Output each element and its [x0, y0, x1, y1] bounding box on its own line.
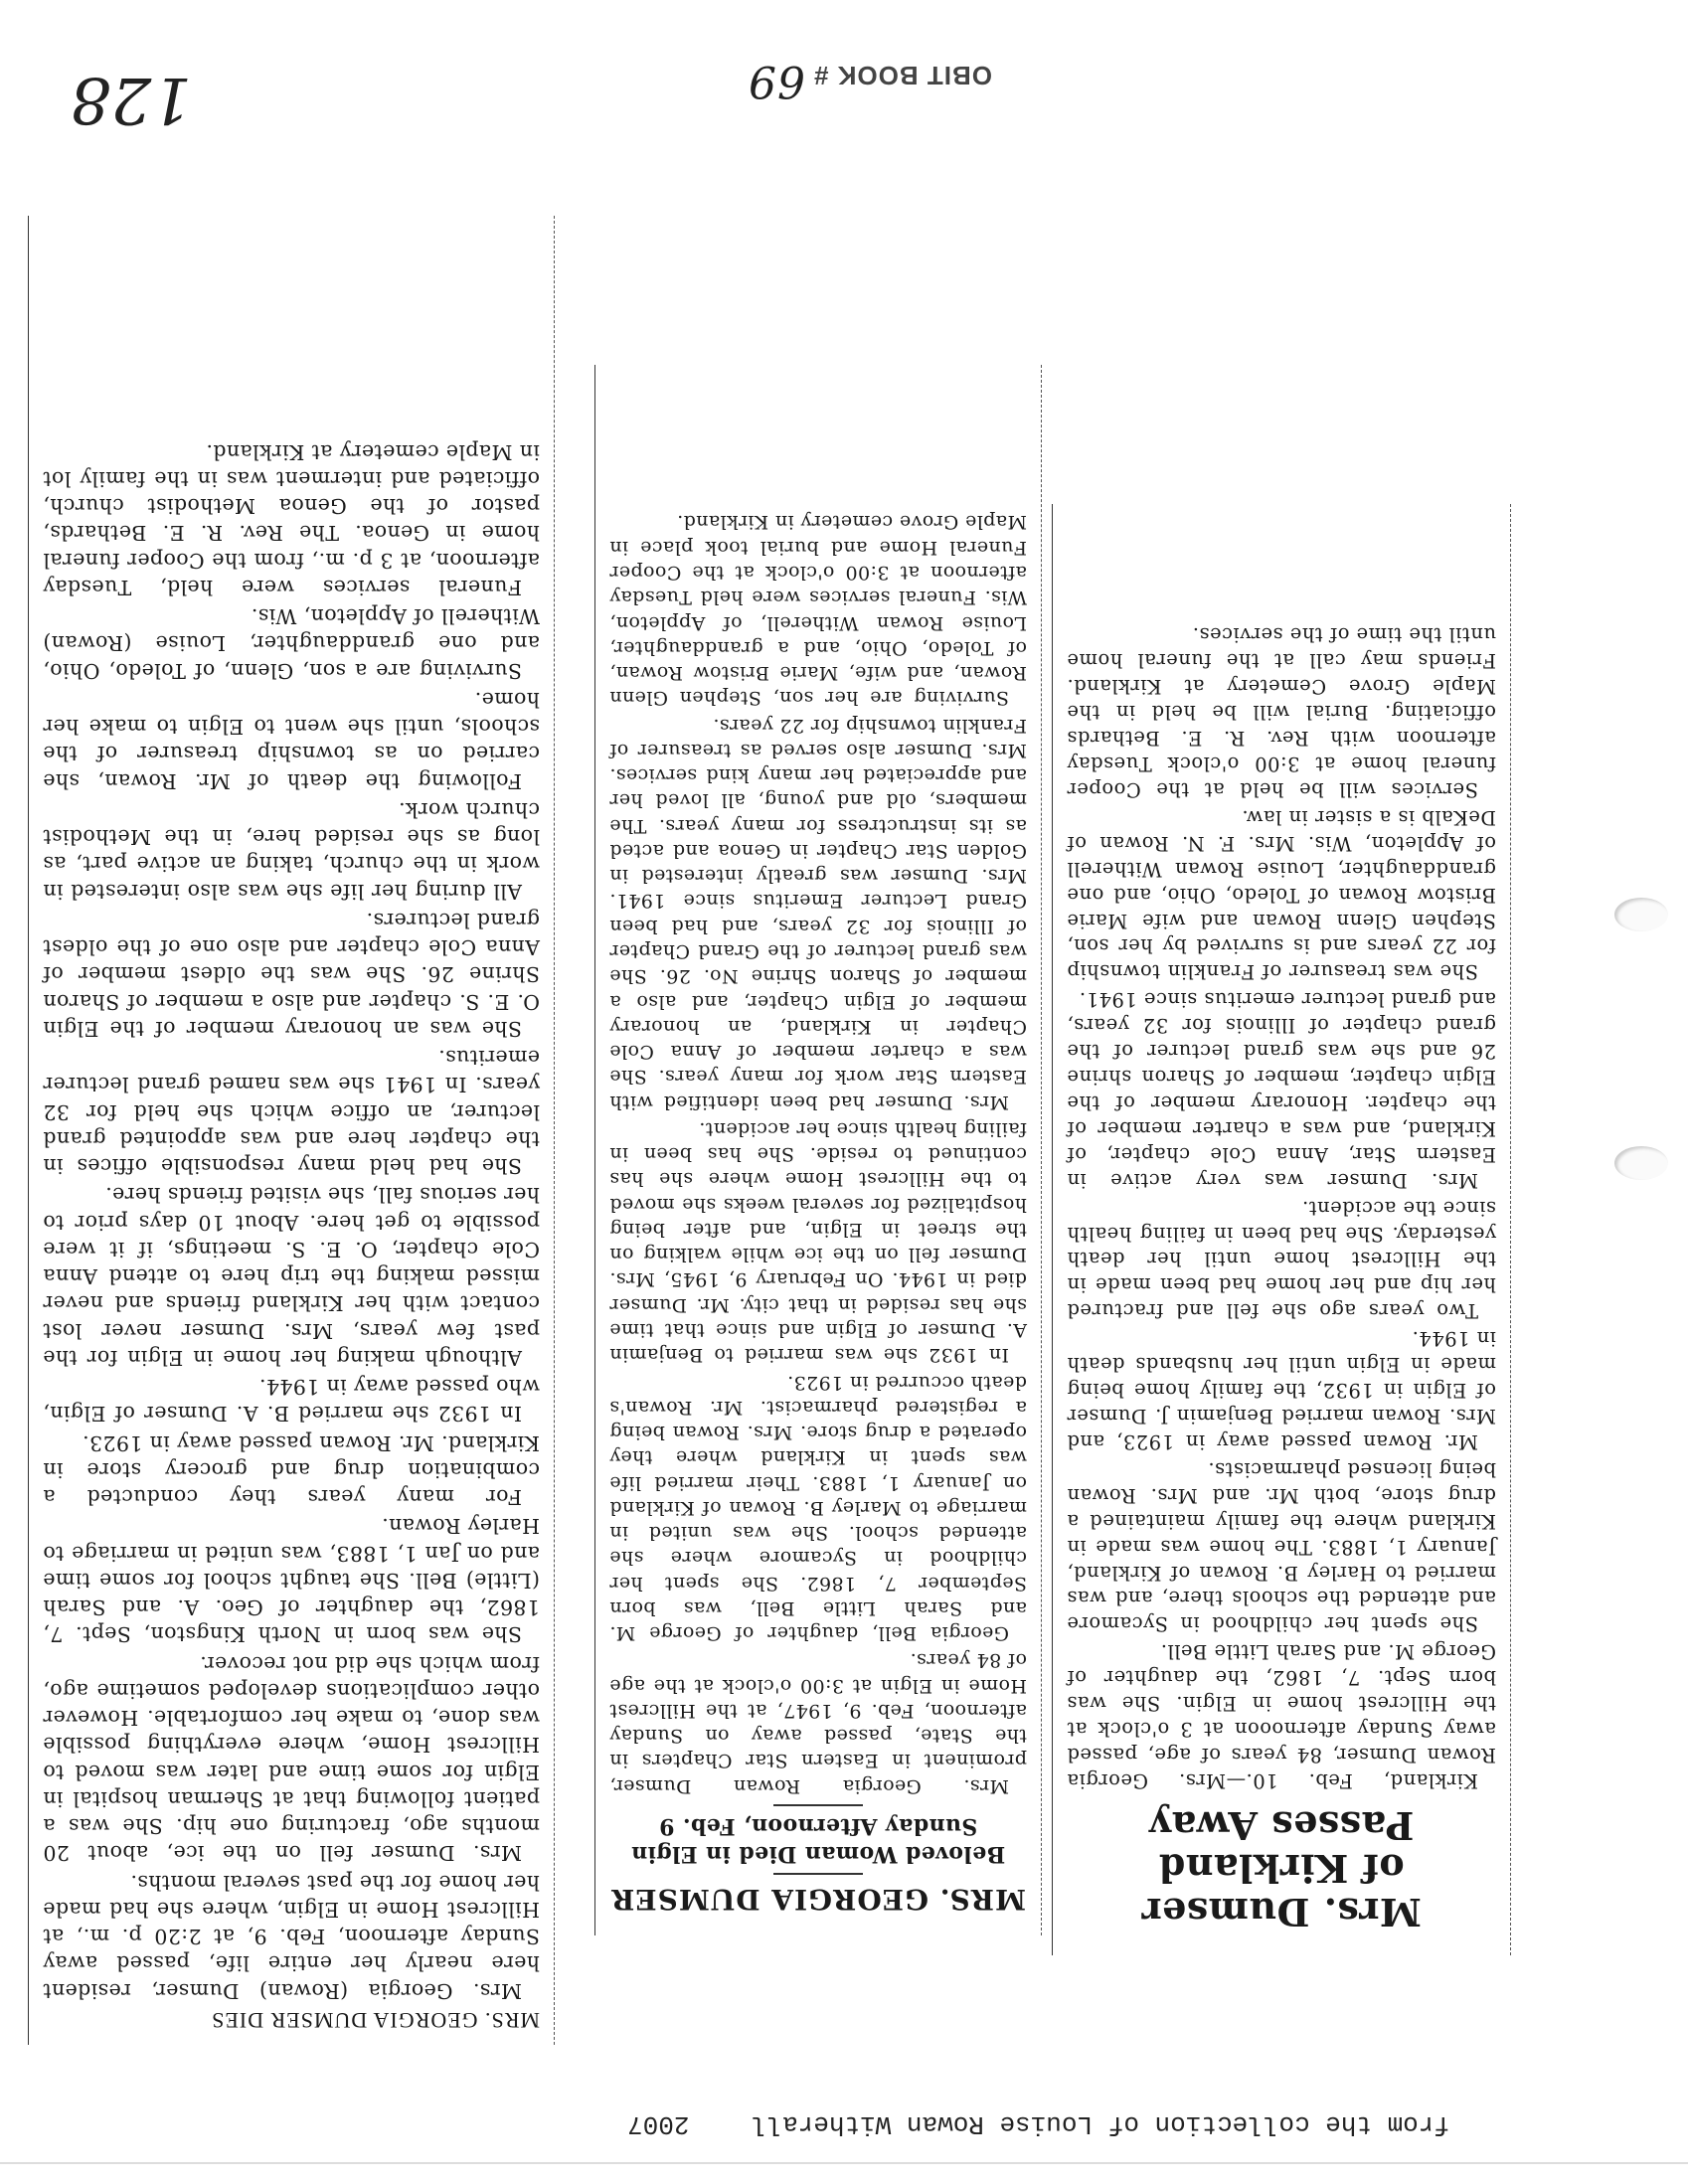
clipping-genoa: MRS. GEORGIA DUMSER DIES Mrs. Georgia (R… [28, 216, 555, 2045]
paragraph: Surviving are a son, Glenn, of Toledo, O… [43, 602, 540, 684]
obit-book-stamp: OBIT BOOK #69 [748, 56, 992, 106]
paragraph: Two years ago she fell and fractured her… [1067, 1195, 1496, 1324]
clipping-kirkland-headline: Mrs. Dumser of Kirkland Passes Away [1067, 1803, 1496, 1933]
paragraph: For many years they conducted a combinat… [43, 1429, 540, 1511]
paragraph: Mrs. Georgia (Rowan) Dumser, resident he… [43, 1869, 540, 2004]
hole-punch-top [1614, 1146, 1668, 1180]
paragraph: All during her life she was also interes… [43, 796, 540, 905]
scanned-document-page: OBIT BOOK #69 128 Mrs. Dumser of Kirklan… [0, 0, 1688, 2184]
clipping-kirkland: Mrs. Dumser of Kirkland Passes Away Kirk… [1052, 504, 1511, 1955]
headline-rule [773, 1804, 863, 1806]
obit-book-number: 69 [748, 56, 805, 106]
headline-line: Mrs. Dumser [1067, 1890, 1496, 1933]
paragraph: Funeral services were held, Tuesday afte… [43, 438, 540, 601]
handwritten-page-number: 128 [71, 63, 192, 136]
paragraph: Mrs. Georgia Rowan Dumser, prominent in … [609, 1647, 1027, 1798]
paragraph: She was born in North Kingston, Sept. 7,… [43, 1512, 540, 1647]
paragraph: She spent her childhood in Sycamore and … [1067, 1456, 1496, 1636]
collection-note: from the collection of Louise Rowan With… [752, 2109, 1449, 2139]
headline-line: Passes Away [1067, 1803, 1496, 1847]
clipping-genoa-headline: MRS. GEORGIA DUMSER DIES [43, 2006, 540, 2035]
paragraph: Mrs. Dumser had been identified with Eas… [609, 712, 1027, 1113]
paragraph: Following the death of Mr. Rowan, she ca… [43, 686, 540, 794]
paragraph: Mrs. Dumser fell on the ice, about 20 mo… [43, 1650, 540, 1867]
obit-book-label: OBIT BOOK # [813, 61, 992, 90]
clipping-elgin-subheadline: Beloved Woman Died in Elgin Sunday After… [609, 1812, 1027, 1867]
paragraph: She was an honorary member of the Elgin … [43, 907, 540, 1042]
clipping-elgin: MRS. GEORGIA DUMSER Beloved Woman Died i… [594, 365, 1042, 1935]
collection-footer: from the collection of Louise Rowan With… [627, 2109, 1449, 2139]
paragraph: Surviving are her son, Stephen Glenn Row… [609, 509, 1027, 710]
scan-edge-line [0, 2162, 1688, 2164]
headline-line: of Kirkland [1067, 1847, 1496, 1891]
paragraph: Mr. Rowan passed away in 1923, and Mrs. … [1067, 1325, 1496, 1454]
paragraph: Services will be held at the Cooper fune… [1067, 621, 1496, 801]
paragraph: In 1932 she was married to Benjamin A. D… [609, 1116, 1027, 1368]
hole-punch-bottom [1614, 898, 1668, 931]
paragraph: In 1932 she married B. A. Dumser of Elgi… [43, 1373, 540, 1428]
paragraph: Georgia Bell, daughter of George M. and … [609, 1369, 1027, 1645]
paragraph: Kirkland, Feb. 10.—Mrs. Georgia Rowan Du… [1067, 1638, 1496, 1793]
clipping-elgin-headline: MRS. GEORGIA DUMSER [609, 1881, 1027, 1918]
paragraph: Mrs. Dumser was very active in Eastern S… [1067, 986, 1496, 1192]
paragraph: She was treasurer of Franklin township f… [1067, 804, 1496, 984]
headline-rule [773, 1873, 863, 1875]
paragraph: Although making her home in Elgin for th… [43, 1181, 540, 1371]
collection-year: 2007 [627, 2109, 689, 2139]
paragraph: She had held many responsible offices in… [43, 1044, 540, 1179]
